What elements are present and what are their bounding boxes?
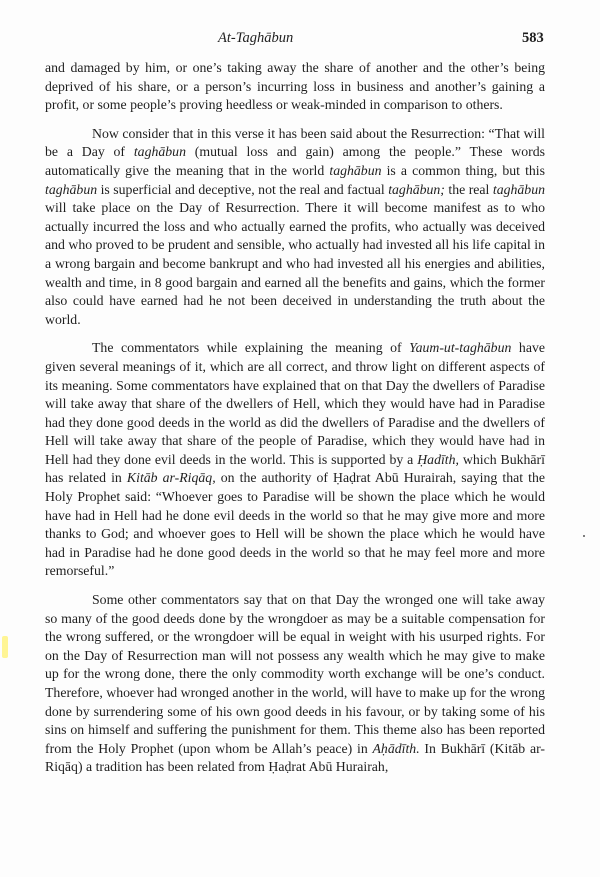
- page-number: 583: [522, 30, 544, 47]
- text-run: have given several meanings of it, which…: [45, 340, 545, 467]
- book-page: At-Taghābun 583 and damaged by him, or o…: [0, 0, 600, 877]
- italic-term: taghābun: [329, 163, 381, 178]
- body-text: and damaged by him, or one’s taking away…: [45, 59, 545, 787]
- text-run: will take place on the Day of Resurrecti…: [45, 200, 545, 327]
- italic-term: Kitāb ar-Riqāq,: [127, 470, 216, 485]
- text-run: is superficial and deceptive, not the re…: [97, 182, 388, 197]
- text-run: and damaged by him, or one’s taking away…: [45, 60, 545, 112]
- paragraph-2: Now consider that in this verse it has b…: [45, 125, 545, 330]
- italic-term: taghābun;: [388, 182, 445, 197]
- text-run: the real: [445, 182, 493, 197]
- italic-term: taghābun: [134, 144, 186, 159]
- paragraph-4: Some other commentators say that on that…: [45, 591, 545, 777]
- italic-term: Ḥadīth,: [417, 452, 459, 467]
- italic-term: taghābun: [45, 182, 97, 197]
- scan-speck: [583, 535, 585, 537]
- italic-term: Aḥādīth.: [373, 741, 420, 756]
- paragraph-3: The commentators while explaining the me…: [45, 339, 545, 581]
- italic-term: taghābun: [493, 182, 545, 197]
- paragraph-1: and damaged by him, or one’s taking away…: [45, 59, 545, 115]
- text-run: is a common thing, but this: [382, 163, 546, 178]
- text-run: The commentators while explaining the me…: [92, 340, 409, 355]
- running-head: At-Taghābun 583: [0, 30, 600, 50]
- highlighter-mark: [2, 636, 8, 658]
- text-run: Some other commentators say that on that…: [45, 592, 545, 756]
- italic-term: Yaum-ut-taghābun: [409, 340, 511, 355]
- text-run: on the authority of Ḥaḍrat Abū Hurairah,…: [45, 470, 545, 578]
- chapter-running-title: At-Taghābun: [218, 30, 293, 47]
